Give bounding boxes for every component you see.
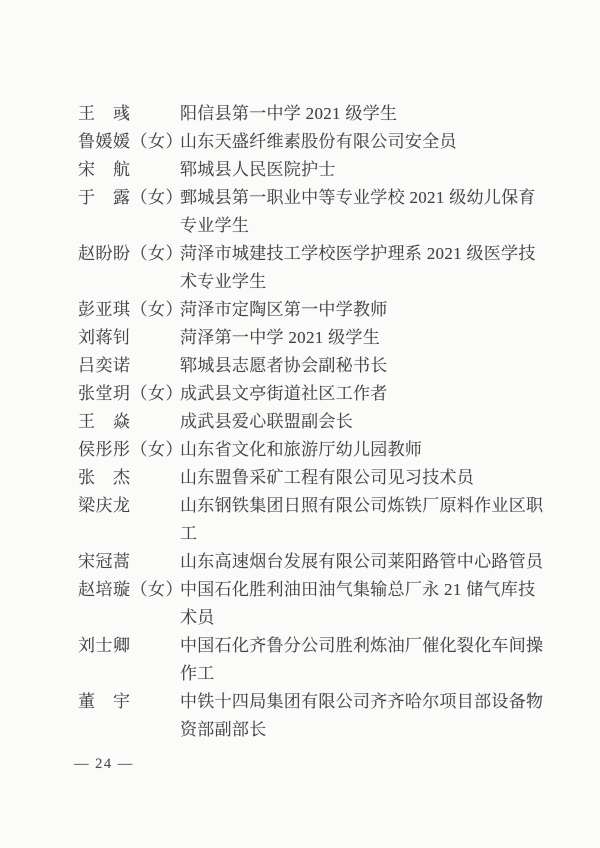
person-title: 鄄城县第一职业中等专业学校 2021 级幼儿保育 专业学生: [180, 184, 562, 240]
person-name: 宋 航: [78, 156, 180, 184]
person-name: 赵盼盼（女）: [78, 240, 180, 268]
person-title: 山东盟鲁采矿工程有限公司见习技术员: [180, 464, 562, 492]
person-name: 侯彤彤（女）: [78, 436, 180, 464]
list-item: 赵培璇（女） 中国石化胜利油田油气集输总厂永 21 储气库技 术员: [78, 576, 566, 632]
person-title: 郓城县人民医院护士: [180, 156, 562, 184]
page-number: — 24 —: [74, 756, 134, 773]
document-page: 王 彧 阳信县第一中学 2021 级学生 鲁媛媛（女） 山东天盛纤维素股份有限公…: [0, 0, 600, 848]
person-title: 中铁十四局集团有限公司齐齐哈尔项目部设备物 资部副部长: [180, 688, 562, 744]
person-name: 宋冠蒿: [78, 548, 180, 576]
list-item: 刘蒋钊 菏泽第一中学 2021 级学生: [78, 324, 566, 352]
list-item: 王 焱 成武县爱心联盟副会长: [78, 408, 566, 436]
recipient-list: 王 彧 阳信县第一中学 2021 级学生 鲁媛媛（女） 山东天盛纤维素股份有限公…: [78, 100, 566, 744]
list-item: 鲁媛媛（女） 山东天盛纤维素股份有限公司安全员: [78, 128, 566, 156]
person-name: 王 焱: [78, 408, 180, 436]
person-name: 张堂玥（女）: [78, 380, 180, 408]
list-item: 宋 航 郓城县人民医院护士: [78, 156, 566, 184]
person-name: 刘蒋钊: [78, 324, 180, 352]
list-item: 王 彧 阳信县第一中学 2021 级学生: [78, 100, 566, 128]
person-name: 王 彧: [78, 100, 180, 128]
person-title: 中国石化胜利油田油气集输总厂永 21 储气库技 术员: [180, 576, 562, 632]
list-item: 董 宇 中铁十四局集团有限公司齐齐哈尔项目部设备物 资部副部长: [78, 688, 566, 744]
person-title: 成武县文亭街道社区工作者: [180, 380, 562, 408]
list-item: 于 露（女） 鄄城县第一职业中等专业学校 2021 级幼儿保育 专业学生: [78, 184, 566, 240]
person-name: 彭亚琪（女）: [78, 296, 180, 324]
person-name: 董 宇: [78, 688, 180, 716]
person-name: 赵培璇（女）: [78, 576, 180, 604]
person-name: 鲁媛媛（女）: [78, 128, 180, 156]
list-item: 吕奕诺 郓城县志愿者协会副秘书长: [78, 352, 566, 380]
person-title: 中国石化齐鲁分公司胜利炼油厂催化裂化车间操 作工: [180, 632, 562, 688]
person-name: 刘士卿: [78, 632, 180, 660]
person-title: 山东省文化和旅游厅幼儿园教师: [180, 436, 562, 464]
list-item: 梁庆龙 山东钢铁集团日照有限公司炼铁厂原料作业区职 工: [78, 492, 566, 548]
person-title: 阳信县第一中学 2021 级学生: [180, 100, 562, 128]
person-name: 吕奕诺: [78, 352, 180, 380]
person-title: 成武县爱心联盟副会长: [180, 408, 562, 436]
person-title: 菏泽市城建技工学校医学护理系 2021 级医学技 术专业学生: [180, 240, 562, 296]
list-item: 张 杰 山东盟鲁采矿工程有限公司见习技术员: [78, 464, 566, 492]
person-name: 梁庆龙: [78, 492, 180, 520]
list-item: 赵盼盼（女） 菏泽市城建技工学校医学护理系 2021 级医学技 术专业学生: [78, 240, 566, 296]
list-item: 侯彤彤（女） 山东省文化和旅游厅幼儿园教师: [78, 436, 566, 464]
list-item: 彭亚琪（女） 菏泽市定陶区第一中学教师: [78, 296, 566, 324]
person-title: 菏泽市定陶区第一中学教师: [180, 296, 562, 324]
list-item: 宋冠蒿 山东高速烟台发展有限公司莱阳路管中心路管员: [78, 548, 566, 576]
person-name: 张 杰: [78, 464, 180, 492]
person-title: 山东高速烟台发展有限公司莱阳路管中心路管员: [180, 548, 562, 576]
list-item: 刘士卿 中国石化齐鲁分公司胜利炼油厂催化裂化车间操 作工: [78, 632, 566, 688]
person-title: 山东钢铁集团日照有限公司炼铁厂原料作业区职 工: [180, 492, 562, 548]
person-title: 郓城县志愿者协会副秘书长: [180, 352, 562, 380]
list-item: 张堂玥（女） 成武县文亭街道社区工作者: [78, 380, 566, 408]
person-title: 菏泽第一中学 2021 级学生: [180, 324, 562, 352]
person-title: 山东天盛纤维素股份有限公司安全员: [180, 128, 562, 156]
person-name: 于 露（女）: [78, 184, 180, 212]
